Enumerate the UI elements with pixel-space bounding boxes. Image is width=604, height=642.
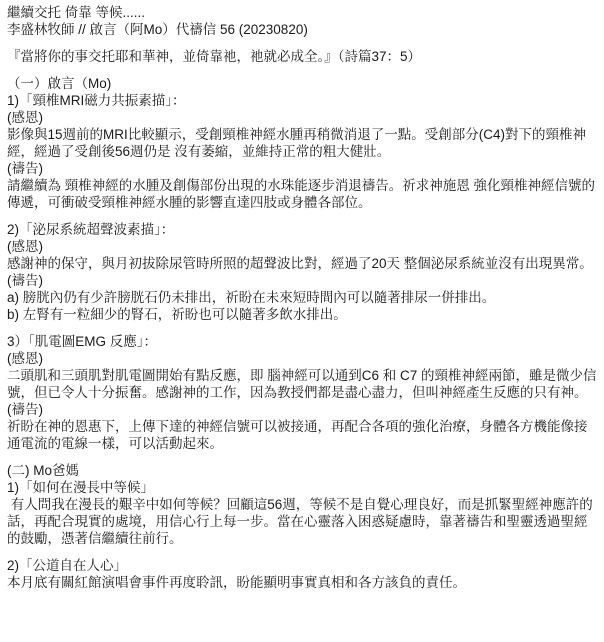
item-title: 1)「如何在漫長中等候」 [7, 479, 597, 496]
section-2-item-1: (二) Mo爸媽 1)「如何在漫長中等候」 有人問我在漫長的艱辛中如何等候？回顧… [7, 462, 597, 547]
letter-author-line: 李盛林牧師 // 啟言（阿Mo）代禱信 56 (20230820) [7, 21, 597, 38]
section-1-item-1: （一）啟言（Mo) 1)「頸椎MRI磁力共振素描」： (感恩) 影像與15週前的… [7, 75, 597, 211]
thanks-label: (感恩) [7, 350, 597, 367]
prayer-point-a: a) 膀胱內仍有少許膀胱石仍未排出，祈盼在未來短時間內可以隨著排尿一併排出。 [7, 289, 597, 306]
prayer-point-b: b) 左腎有一粒細少的腎石，祈盼也可以隨著多飲水排出。 [7, 306, 597, 323]
section-2-heading: (二) Mo爸媽 [7, 462, 597, 479]
item-body: 本月底有關紅館演唱會事件再度聆訊，盼能顯明事實真相和各方該負的責任。 [7, 574, 597, 591]
thanks-body: 感謝神的保守，與月初拔除尿管時所照的超聲波比對，經過了20天 整個泌尿系統並沒有… [7, 255, 597, 272]
item-title: 3）「肌電圖EMG 反應」： [7, 333, 597, 350]
scripture-verse-paragraph: 『當將你的事交托耶和華神，並倚靠祂，祂就必成全。』（詩篇37：5） [7, 48, 597, 65]
prayer-body: 祈盼在神的恩惠下，上傳下達的神經信號可以被接通，再配合各項的強化治療，身體各方機… [7, 418, 597, 452]
prayer-letter-document: 繼續交托 倚靠 等候...... 李盛林牧師 // 啟言（阿Mo）代禱信 56 … [0, 0, 604, 642]
thanks-body: 影像與15週前的MRI比較顯示，受創頸椎神經水腫再稍微消退了一點。受創部分(C4… [7, 126, 597, 160]
thanks-label: (感恩) [7, 238, 597, 255]
item-title: 2)「公道自在人心」 [7, 557, 597, 574]
prayer-label: (禱告) [7, 401, 597, 418]
letter-header: 繼續交托 倚靠 等候...... 李盛林牧師 // 啟言（阿Mo）代禱信 56 … [7, 4, 597, 38]
prayer-label: (禱告) [7, 272, 597, 289]
scripture-verse: 『當將你的事交托耶和華神，並倚靠祂，祂就必成全。』（詩篇37：5） [7, 48, 597, 65]
item-body: 有人問我在漫長的艱辛中如何等候？回顧這56週，等候不是自覺心理良好，而是抓緊聖經… [7, 496, 597, 547]
section-1-heading: （一）啟言（Mo) [7, 75, 597, 92]
thanks-body: 二頭肌和三頭肌對肌電圖開始有點反應，即 腦神經可以通到C6 和 C7 的頸椎神經… [7, 367, 597, 401]
section-2-item-2: 2)「公道自在人心」 本月底有關紅館演唱會事件再度聆訊，盼能顯明事實真相和各方該… [7, 557, 597, 591]
prayer-label: (禱告) [7, 160, 597, 177]
item-title: 2)「泌尿系統超聲波素描」： [7, 221, 597, 238]
item-title: 1)「頸椎MRI磁力共振素描」： [7, 92, 597, 109]
section-1-item-3: 3）「肌電圖EMG 反應」： (感恩) 二頭肌和三頭肌對肌電圖開始有點反應，即 … [7, 333, 597, 452]
prayer-body: 請繼續為 頸椎神經的水腫及創傷部份出現的水珠能逐步消退禱告。祈求神施恩 強化頸椎… [7, 177, 597, 211]
letter-subject: 繼續交托 倚靠 等候...... [7, 4, 597, 21]
thanks-label: (感恩) [7, 109, 597, 126]
section-1-item-2: 2)「泌尿系統超聲波素描」： (感恩) 感謝神的保守，與月初拔除尿管時所照的超聲… [7, 221, 597, 323]
